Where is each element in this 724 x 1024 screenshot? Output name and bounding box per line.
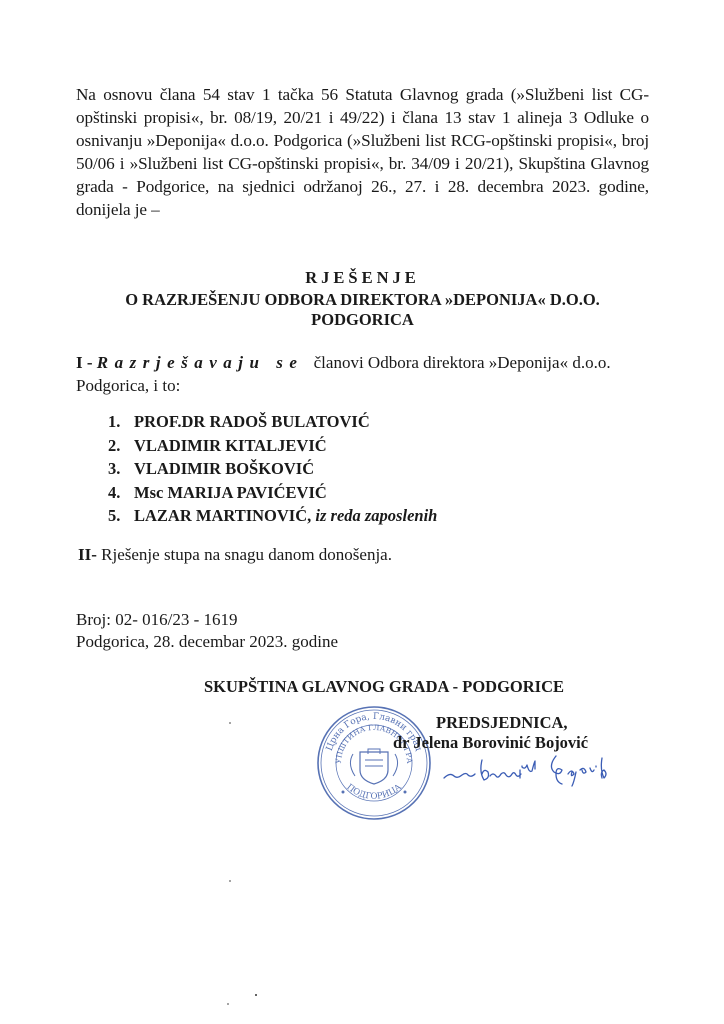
section-2: II- Rješenje stupa na snagu danom donoše…	[78, 545, 392, 565]
list-item: 1.PROF.DR RADOŠ BULATOVIĆ	[108, 410, 437, 434]
signatory-title: PREDSJEDNICA,	[436, 713, 568, 733]
member-name: LAZAR MARTINOVIĆ,	[134, 504, 311, 528]
item-number: 3.	[108, 457, 134, 481]
scan-speck	[227, 1003, 229, 1005]
list-item: 5.LAZAR MARTINOVIĆ, iz reda zaposlenih	[108, 504, 437, 528]
item-number: 2.	[108, 434, 134, 458]
section-1-emphasis: Razrješavaju se	[97, 353, 304, 372]
member-name: VLADIMIR BOŠKOVIĆ	[134, 457, 314, 481]
member-name: PROF.DR RADOŠ BULATOVIĆ	[134, 410, 370, 434]
document-meta: Broj: 02- 016/23 - 1619 Podgorica, 28. d…	[76, 609, 338, 653]
issuer: SKUPŠTINA GLAVNOG GRADA - PODGORICE	[204, 677, 564, 697]
official-stamp-icon: Црна Гора, Главни град СКУПШТИНА ГЛАВНОГ…	[315, 704, 433, 822]
list-item: 4.Msc MARIJA PAVIĆEVIĆ	[108, 481, 437, 505]
list-item: 3.VLADIMIR BOŠKOVIĆ	[108, 457, 437, 481]
section-2-label: II-	[78, 545, 97, 564]
document-date: Podgorica, 28. decembar 2023. godine	[76, 631, 338, 653]
member-name: VLADIMIR KITALJEVIĆ	[134, 434, 327, 458]
scan-speck	[255, 994, 257, 996]
section-2-text: Rješenje stupa na snagu danom donošenja.	[97, 545, 392, 564]
preamble-paragraph: Na osnovu člana 54 stav 1 tačka 56 Statu…	[76, 83, 649, 221]
document-subtitle: O RAZRJEŠENJU ODBORA DIREKTORA »DEPONIJA…	[76, 290, 649, 330]
item-number: 4.	[108, 481, 134, 505]
svg-text:ПОДГОРИЦА: ПОДГОРИЦА	[344, 782, 404, 802]
item-number: 1.	[108, 410, 134, 434]
section-1: I - Razrješavaju se članovi Odbora direk…	[76, 351, 649, 397]
scan-speck	[229, 722, 231, 724]
scan-speck	[229, 880, 231, 882]
document-number: Broj: 02- 016/23 - 1619	[76, 609, 338, 631]
member-note: iz reda zaposlenih	[311, 504, 437, 528]
member-name: Msc MARIJA PAVIĆEVIĆ	[134, 481, 327, 505]
item-number: 5.	[108, 504, 134, 528]
list-item: 2.VLADIMIR KITALJEVIĆ	[108, 434, 437, 458]
member-list: 1.PROF.DR RADOŠ BULATOVIĆ 2.VLADIMIR KIT…	[108, 410, 437, 528]
handwritten-signature-icon	[440, 748, 630, 792]
document-title: RJEŠENJE	[76, 268, 649, 288]
section-1-label: I -	[76, 353, 93, 372]
document-page: Na osnovu člana 54 stav 1 tačka 56 Statu…	[0, 0, 724, 1024]
